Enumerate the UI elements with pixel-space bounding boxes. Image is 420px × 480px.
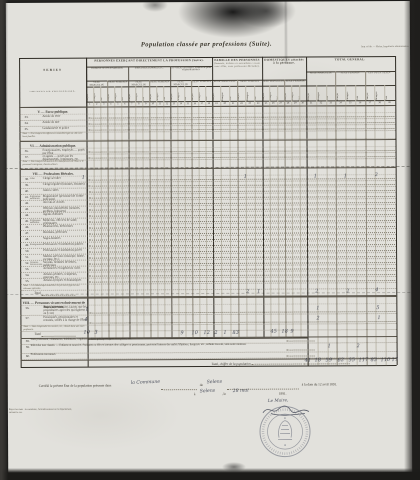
row-label-wrap: Sages-femmes [43, 237, 88, 240]
row-label-wrap: Pensionnés, pensionnaires et retraités, … [43, 316, 88, 323]
row-label: Armée de mer [42, 121, 59, 124]
row-number: 48. [20, 237, 30, 241]
row-label: Dentistes, pédicures [43, 231, 67, 234]
dotted-leader [89, 223, 395, 229]
section-heading: V. — Force publique. [19, 108, 86, 114]
handwritten-place: Selens [207, 381, 223, 386]
handwritten-scope: la Commune [131, 381, 160, 387]
row-label: Autres cultes [43, 189, 59, 192]
handwritten-number: 1 [244, 175, 247, 180]
row-number: 57. [20, 316, 30, 320]
handwritten-day-month: 28 mai [233, 390, 249, 395]
row-label-wrap: Avocats et avoués [43, 201, 88, 204]
row-number: 47. [20, 231, 30, 235]
row-label-wrap: Gendarmerie et police [42, 127, 87, 130]
handwritten-number: 83 [371, 358, 378, 363]
row-label: Architectes et ingénieurs civils [43, 267, 80, 270]
dotted-rule [161, 388, 197, 390]
sex-column-label: SEXE MASCULIN [306, 72, 335, 77]
dotted-leader [89, 217, 395, 223]
row-number: 44. [20, 213, 30, 217]
nota-text: Nota. — Non compris les officiers et ass… [19, 133, 84, 138]
handwritten-place-2: Selens [200, 390, 216, 395]
dotted-leader [88, 125, 394, 131]
row-label: Professions inconnues [31, 353, 286, 357]
row-label: Clergé séculier [43, 177, 61, 180]
dotted-leader [89, 241, 395, 247]
photo-edge-right [404, 0, 420, 480]
handwritten-number: 9 [180, 331, 183, 336]
handwritten-number: 1 [377, 316, 380, 321]
row-label-wrap: Professeurs et instituteurs publics [43, 243, 88, 246]
row-number: 53. [20, 267, 30, 271]
row-number: 39. [20, 183, 30, 187]
handwritten-number: 10 [83, 331, 90, 336]
column-subgroup-title: OUVRIERS (journaliers, hommes de peine e… [171, 67, 211, 80]
page-title: Population classée par professions (Suit… [59, 40, 354, 49]
row-label: Pensionnés, pensionnaires et retraités, … [43, 316, 88, 323]
dotted-leader [89, 247, 395, 253]
section-heading: VI. — Administration publique. [19, 142, 86, 148]
corner-series-label: SÉRIES [21, 69, 84, 73]
row-number: 40. [20, 189, 30, 193]
dotted-leader [89, 199, 395, 205]
row-number: 60. [21, 354, 31, 358]
handwritten-number: 1 [344, 174, 347, 179]
rotated-column-label: Étrangers [347, 92, 349, 101]
rotated-column-label: Étrangers [221, 92, 223, 101]
handwritten-number: 18 [281, 329, 288, 334]
table-body: V. — Force publique.33.Armée de terre34.… [19, 105, 396, 367]
column-group-note: (femmes, enfants et ascendants vivant av… [213, 63, 261, 68]
official-stamp [257, 403, 313, 459]
row-label-wrap: Dentistes, pédicures [43, 231, 88, 234]
handwritten-number: 55 [349, 358, 356, 363]
handwritten-number: 62 [338, 358, 345, 363]
dotted-leader [287, 352, 315, 356]
row-label-wrap: Armée de mer [42, 121, 87, 124]
handwritten-number: 18 [315, 358, 322, 363]
row-number: 51. [20, 255, 30, 259]
dotted-leader [89, 229, 395, 235]
photo-edge-bottom [0, 468, 420, 480]
dotted-leader [287, 337, 315, 341]
handwritten-number: 1 [316, 306, 319, 311]
dotted-leader [89, 205, 395, 211]
handwritten-number: 1 [82, 176, 85, 181]
row-label-wrap: Pharmaciens, herboristes [43, 225, 88, 228]
handwritten-number: 1 [314, 174, 317, 179]
printed-le: , le [222, 392, 226, 396]
handwritten-number: 4 [84, 318, 87, 323]
printed-year: 1891. [279, 392, 287, 396]
handwritten-number: 10 [191, 331, 198, 336]
row-label-wrap: Architectes et ingénieurs civils [43, 267, 88, 270]
row-number: 54. [20, 273, 30, 277]
certification-text: Certifié le présent État de la populatio… [39, 384, 112, 388]
row-number: 43. [20, 207, 30, 211]
row-number: 56. [20, 306, 30, 310]
dotted-leader [89, 265, 395, 271]
row-number: 52. [20, 261, 30, 265]
printed-a: à [194, 392, 196, 396]
row-number: 38. [20, 177, 30, 181]
dotted-leader [89, 253, 395, 259]
nota-text: Nota. — Les domestiques attachés à la pe… [20, 285, 85, 290]
dotted-leader [89, 175, 395, 181]
handwritten-number: 1 [85, 308, 88, 313]
handwritten-number: 9 [290, 330, 293, 335]
handwritten-number: 117 [359, 358, 369, 363]
rule-horizontal [86, 85, 395, 88]
handwritten-number: 41 [305, 358, 312, 363]
dotted-leader [89, 211, 395, 217]
row-label-wrap: Artistes lyriques et dramatiques [43, 279, 88, 282]
dotted-leader [88, 113, 394, 119]
dotted-leader [252, 360, 302, 364]
handwritten-number: 3 [94, 331, 97, 336]
handwritten-number: 59 [326, 358, 333, 363]
row-label-wrap: Clergé régulier (hommes, femmes) [43, 183, 88, 186]
profession-group-text: Professions judiciaires. [30, 196, 43, 201]
row-number: 50. [20, 249, 30, 253]
dotted-leader [89, 147, 395, 153]
fold-crease-vertical [284, 1, 288, 64]
handwritten-number: 1 [223, 331, 226, 336]
row-number: 33. [19, 115, 29, 119]
row-number: 58. [21, 339, 31, 343]
row-label: Clergé régulier (hommes, femmes) [43, 183, 85, 186]
rotated-column-label: Étrangers [246, 92, 248, 101]
photo-edge-left [0, 0, 8, 480]
row-label: Agents d'affaires [43, 213, 63, 216]
corner-groupes-label: GROUPES DE PROFESSIONS. [21, 91, 84, 94]
row-number: 45. [20, 219, 30, 223]
nota-text: Nota. — Non compris les ouvriers des man… [20, 161, 85, 166]
row-label: Avocats et avoués [43, 201, 65, 204]
sex-column-label: LES DEUX SEXES [365, 72, 394, 77]
row-number: 46. [20, 225, 30, 229]
row-number: 35. [19, 127, 29, 131]
row-label: Sages-femmes [43, 237, 61, 240]
handwritten-number: 83 [232, 331, 239, 336]
dotted-leader [89, 271, 395, 277]
dotted-leader [89, 308, 395, 314]
row-number: 37. [20, 155, 30, 159]
row-number: 34. [19, 121, 29, 125]
row-label-wrap: Armée de terre [42, 115, 87, 118]
row-number: 42. [20, 201, 30, 205]
row-number: 55. [20, 279, 30, 283]
row-label-wrap: Autres cultes [43, 189, 88, 192]
handwritten-number: 12 [203, 331, 210, 336]
footnote-line-2: suivant le cas. [9, 410, 149, 414]
dotted-leader [88, 119, 394, 125]
dotted-leader [89, 277, 395, 283]
dotted-leader [89, 193, 395, 199]
rotated-column-label: Étrangers [376, 92, 378, 101]
handwritten-number: 1 [327, 344, 330, 349]
dotted-leader [89, 153, 395, 159]
dotted-leader [89, 235, 395, 241]
dotted-leader [89, 318, 395, 324]
paper-content: Population classée par professions (Suit… [6, 1, 412, 474]
handwritten-number: 2 [214, 331, 217, 336]
grand-total-label: Total, chiffre de la population [21, 360, 251, 367]
handwritten-number: 2 [375, 173, 378, 178]
row-label: Artistes lyriques et dramatiques [43, 279, 81, 282]
row-number: 36. [20, 149, 30, 153]
dotted-leader [89, 181, 395, 187]
profession-group-text: Professions médicales. [30, 220, 43, 225]
row-number: 41. [20, 195, 30, 199]
total-label: Total [34, 332, 40, 336]
handwritten-number: 17 [392, 358, 399, 363]
row-label: Gendarmerie et police [42, 127, 69, 130]
row-number: 49. [20, 243, 30, 247]
printed-de: de [200, 383, 203, 387]
profession-group-text: Culte. [30, 178, 43, 180]
scanned-census-sheet: Population classée par professions (Suit… [0, 0, 420, 480]
row-label: Sans profession, célibataires, bohémiens… [31, 338, 286, 342]
row-label: Armée de terre [42, 115, 60, 118]
column-group-title: FAMILLE DES PERSONNES(femmes, enfants et… [213, 59, 261, 82]
profession-group-text: Enseignement. [30, 244, 43, 246]
paper-stain [21, 380, 181, 451]
handwritten-number: 110 [381, 358, 391, 363]
row-label-wrap: Agents d'affaires [43, 213, 88, 216]
row-label: Individus non classés. — Enfants en nour… [31, 344, 286, 348]
row-label: Professeurs et instituteurs privés [43, 249, 82, 252]
dotted-leader [42, 332, 76, 336]
profession-group-text: Sciences, lettres et arts. [30, 262, 43, 267]
row-label: Pharmaciens, herboristes [43, 225, 73, 228]
sex-column-label: SEXE FÉMININ [335, 72, 364, 77]
dotted-leader [89, 187, 395, 193]
row-number: 59. [21, 345, 31, 349]
column-subgroup-title: EMPLOYÉS, COMMIS, ETC. [129, 67, 169, 80]
handwritten-number: 2 [316, 316, 319, 321]
dotted-leader [89, 259, 395, 265]
handwritten-number: 45 [270, 330, 277, 335]
form-footnote: Rayer les mots : la commune, l'arrondiss… [9, 407, 149, 414]
row-label: Professeurs et instituteurs publics [43, 243, 83, 246]
section-heading: VII. — Professions libérales. [20, 170, 87, 176]
printer-imprint: Imp. et lith. — Melun, Imprimerie admini… [329, 45, 409, 48]
printed-census-date: à la date du 12 avril 1891. [302, 382, 337, 386]
handwritten-number: 5 [376, 306, 379, 311]
handwritten-number: 2 [356, 344, 359, 349]
row-label-wrap: Professeurs et instituteurs privés [43, 249, 88, 252]
column-subgroup-title: PATRONS ou chefs d'exploitation. [87, 67, 127, 80]
dotted-leader [287, 346, 315, 350]
rotated-column-label: Étrangers [318, 92, 320, 101]
paper-sheet: Population classée par professions (Suit… [6, 1, 412, 474]
nota-text: Nota. — Sans comprendre les rentiers, et… [20, 326, 85, 331]
